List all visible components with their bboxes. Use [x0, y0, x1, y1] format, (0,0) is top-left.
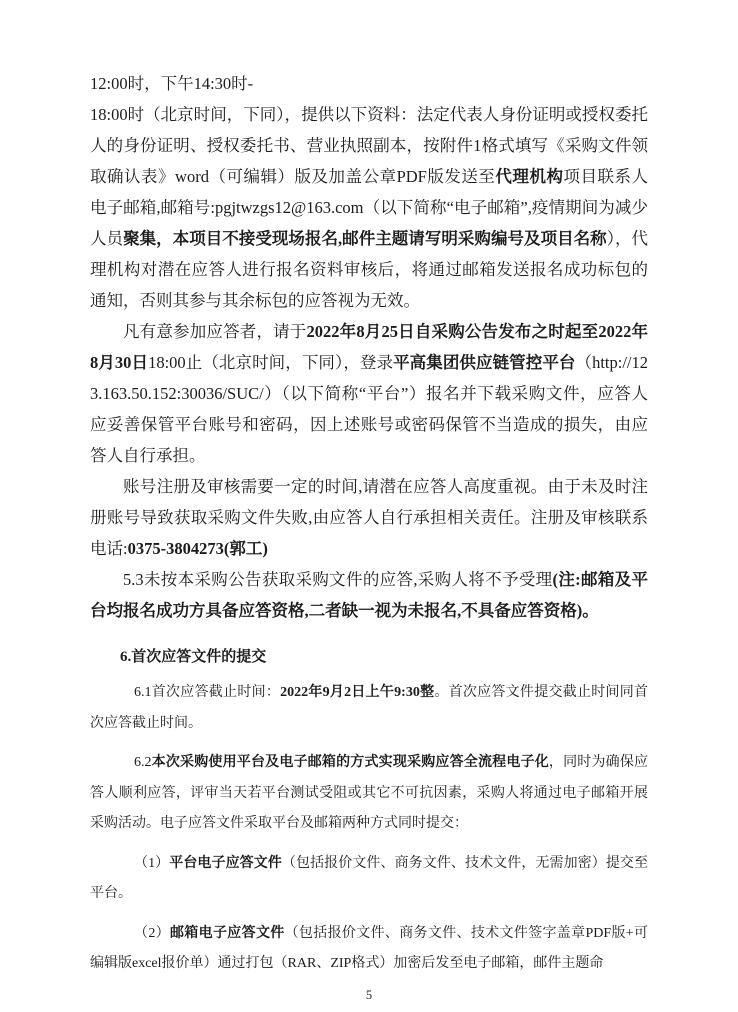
paragraph-item-1: （1）平台电子应答文件（包括报价文件、商务文件、技术文件，无需加密）提交至平台。: [90, 849, 648, 910]
emphasis-text-run: 聚集，本项目不接受现场报名,邮件主题请写明采购编号及项目名称: [123, 229, 607, 248]
paragraph-item-2: （2）邮箱电子应答文件（包括报价文件、商务文件、技术文件签字盖章PDF版+可编辑…: [90, 919, 648, 980]
emphasis-text-run: 0375-3804273(郭工): [128, 539, 268, 558]
emphasis-text-run: 平台电子应答文件: [169, 856, 282, 871]
text-run: 5.3未按本采购公告获取采购文件的应答,采购人将不予受理: [123, 570, 552, 589]
paragraph-continuation: 12:00时，下午14:30时-: [90, 68, 648, 99]
paragraph-registration-materials: 18:00时（北京时间，下同），提供以下资料：法定代表人身份证明或授权委托人的身…: [90, 99, 648, 316]
paragraph-6-2: 6.2本次采购使用平台及电子邮箱的方式实现采购应答全流程电子化，同时为确保应答人…: [90, 748, 648, 840]
paragraph-5-3: 5.3未按本采购公告获取采购文件的应答,采购人将不予受理(注:邮箱及平台均报名成…: [90, 564, 648, 626]
document-body: 12:00时，下午14:30时-18:00时（北京时间，下同），提供以下资料：法…: [90, 68, 648, 980]
emphasis-text-run: 代理机构: [495, 167, 563, 186]
emphasis-text-run: 2022年9月2日上午9:30整: [280, 685, 434, 700]
paragraph-platform-signup: 凡有意参加应答者，请于2022年8月25日自采购公告发布之时起至2022年8月3…: [90, 316, 648, 471]
emphasis-text-run: 邮箱电子应答文件: [170, 926, 285, 941]
paragraph-account-registration: 账号注册及审核需要一定的时间,请潜在应答人高度重视。由于未及时注册账号导致获取采…: [90, 471, 648, 564]
text-run: 12:00时，下午14:30时-: [90, 74, 253, 93]
page-number: 5: [0, 988, 738, 1003]
text-run: 凡有意参加应答者，请于: [123, 322, 307, 341]
paragraph-6-1: 6.1首次应答截止时间：2022年9月2日上午9:30整。首次应答文件提交截止时…: [90, 678, 648, 739]
heading-section-6: 6.首次应答文件的提交: [90, 642, 648, 673]
text-run: 6.2: [134, 755, 152, 770]
text-run: （2）: [134, 926, 170, 941]
text-run: （1）: [134, 856, 169, 871]
text-run: 18:00止（北京时间，下同），登录: [148, 353, 393, 372]
document-page: 12:00时，下午14:30时-18:00时（北京时间，下同），提供以下资料：法…: [0, 0, 738, 1012]
emphasis-text-run: 6.首次应答文件的提交: [120, 649, 266, 665]
emphasis-text-run: 平高集团供应链管控平台: [393, 353, 575, 372]
text-run: 6.1首次应答截止时间：: [134, 685, 280, 700]
emphasis-text-run: 本次采购使用平台及电子邮箱的方式实现采购应答全流程电子化: [152, 755, 549, 770]
